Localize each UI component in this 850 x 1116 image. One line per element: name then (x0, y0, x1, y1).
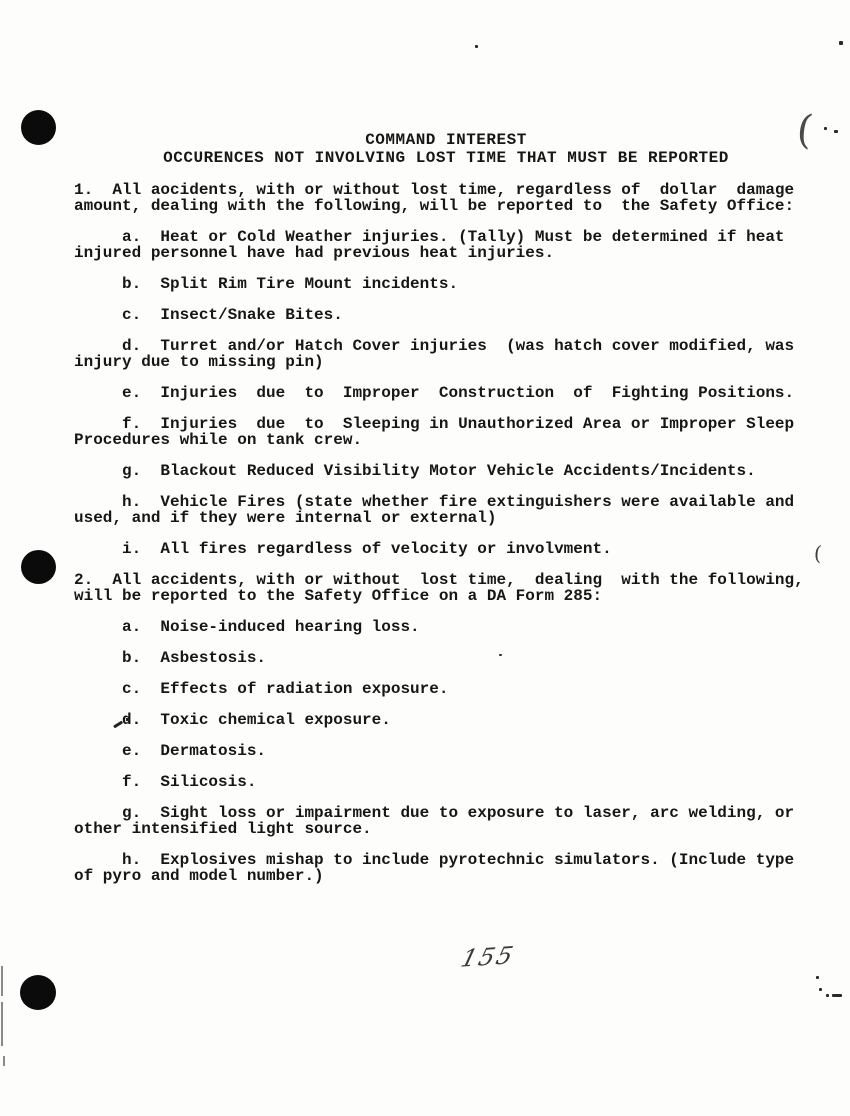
scan-edge-artifact (3, 1056, 5, 1066)
text-line: a. Noise-induced hearing loss. (74, 619, 818, 635)
ink-speck (824, 127, 827, 130)
text-line: g. Sight loss or impairment due to expos… (74, 805, 818, 821)
ink-speck (816, 976, 819, 979)
item-1a: a. Heat or Cold Weather injuries. (Tally… (74, 229, 818, 261)
text-line: b. Asbestosis. (74, 650, 818, 666)
pen-mark-paren-middle-right: ( (813, 543, 822, 563)
item-2b: b. Asbestosis. (74, 650, 818, 666)
text-line: f. Silicosis. (74, 774, 818, 790)
text-line: amount, dealing with the following, will… (74, 198, 818, 214)
document-subtitle: OCCURENCES NOT INVOLVING LOST TIME THAT … (74, 149, 818, 167)
ink-speck (834, 130, 838, 133)
text-line: g. Blackout Reduced Visibility Motor Veh… (74, 463, 818, 479)
ink-speck (826, 994, 829, 997)
item-1f: f. Injuries due to Sleeping in Unauthori… (74, 416, 818, 448)
ink-speck (475, 45, 478, 48)
hole-punch-top (21, 110, 56, 145)
text-line: e. Injuries due to Improper Construction… (74, 385, 818, 401)
scanned-document-page: COMMAND INTEREST OCCURENCES NOT INVOLVIN… (0, 0, 850, 1116)
item-2h: h. Explosives mishap to include pyrotech… (74, 852, 818, 884)
ink-dash (832, 994, 842, 997)
text-line: 2. All accidents, with or without lost t… (74, 572, 818, 588)
text-line: will be reported to the Safety Office on… (74, 588, 818, 604)
text-line: a. Heat or Cold Weather injuries. (Tally… (74, 229, 818, 245)
text-line: i. All fires regardless of velocity or i… (74, 541, 818, 557)
para-1: 1. All aocidents, with or without lost t… (74, 182, 818, 214)
item-2c: c. Effects of radiation exposure. (74, 681, 818, 697)
text-line: c. Insect/Snake Bites. (74, 307, 818, 323)
item-1c: c. Insect/Snake Bites. (74, 307, 818, 323)
item-1d: d. Turret and/or Hatch Cover injuries (w… (74, 338, 818, 370)
item-1h: h. Vehicle Fires (state whether fire ext… (74, 494, 818, 526)
text-line: of pyro and model number.) (74, 868, 818, 884)
text-line: injured personnel have had previous heat… (74, 245, 818, 261)
text-line: Procedures while on tank crew. (74, 432, 818, 448)
text-line: f. Injuries due to Sleeping in Unauthori… (74, 416, 818, 432)
item-1i: i. All fires regardless of velocity or i… (74, 541, 818, 557)
text-line: 1. All aocidents, with or without lost t… (74, 182, 818, 198)
document-body: COMMAND INTEREST OCCURENCES NOT INVOLVIN… (74, 131, 818, 884)
item-1b: b. Split Rim Tire Mount incidents. (74, 276, 818, 292)
pen-tick-dot (126, 718, 129, 721)
scan-edge-artifact (1, 1002, 3, 1046)
item-2e: e. Dermatosis. (74, 743, 818, 759)
hole-punch-bottom (20, 975, 56, 1010)
text-line: d. Toxic chemical exposure. (74, 712, 818, 728)
document-title: COMMAND INTEREST (74, 131, 818, 149)
text-line: h. Vehicle Fires (state whether fire ext… (74, 494, 818, 510)
ink-speck (839, 41, 843, 45)
ink-speck (499, 654, 502, 656)
item-2a: a. Noise-induced hearing loss. (74, 619, 818, 635)
text-line: d. Turret and/or Hatch Cover injuries (w… (74, 338, 818, 354)
ink-speck (819, 988, 822, 991)
text-line: other intensified light source. (74, 821, 818, 837)
item-2d: d. Toxic chemical exposure. (74, 712, 818, 728)
item-1g: g. Blackout Reduced Visibility Motor Veh… (74, 463, 818, 479)
item-1e: e. Injuries due to Improper Construction… (74, 385, 818, 401)
hole-punch-middle (21, 550, 56, 584)
handwritten-page-number: 155 (458, 941, 518, 973)
text-line: h. Explosives mishap to include pyrotech… (74, 852, 818, 868)
para-2: 2. All accidents, with or without lost t… (74, 572, 818, 604)
text-line: b. Split Rim Tire Mount incidents. (74, 276, 818, 292)
text-line: c. Effects of radiation exposure. (74, 681, 818, 697)
text-line: used, and if they were internal or exter… (74, 510, 818, 526)
text-line: e. Dermatosis. (74, 743, 818, 759)
item-2g: g. Sight loss or impairment due to expos… (74, 805, 818, 837)
item-2f: f. Silicosis. (74, 774, 818, 790)
text-line: injury due to missing pin) (74, 354, 818, 370)
scan-edge-artifact (1, 966, 3, 996)
